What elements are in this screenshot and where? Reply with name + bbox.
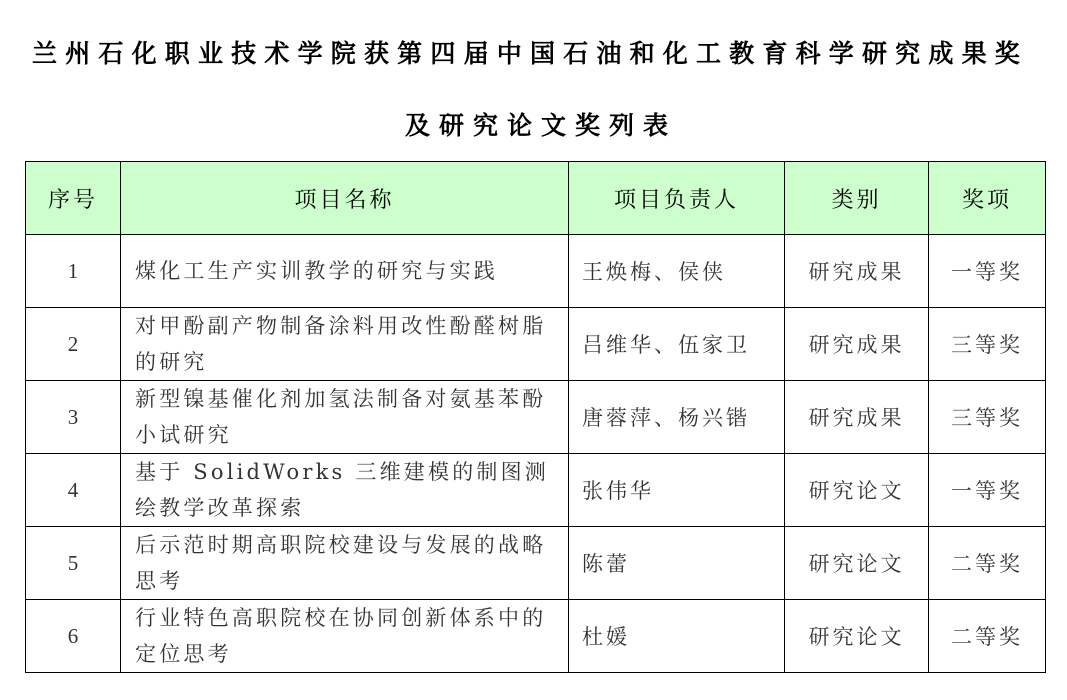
row-number: 4	[26, 454, 121, 527]
row-number: 2	[26, 308, 121, 381]
table-header-row: 序号 项目名称 项目负责人 类别 奖项	[26, 162, 1046, 235]
award: 二等奖	[929, 527, 1046, 600]
project-lead: 王焕梅、侯侠	[569, 235, 785, 308]
award: 三等奖	[929, 381, 1046, 454]
project-name: 煤化工生产实训教学的研究与实践	[121, 235, 569, 308]
category: 研究论文	[785, 600, 929, 673]
award: 一等奖	[929, 235, 1046, 308]
award: 二等奖	[929, 600, 1046, 673]
project-lead: 陈蕾	[569, 527, 785, 600]
category: 研究成果	[785, 381, 929, 454]
project-name: 后示范时期高职院校建设与发展的战略思考	[121, 527, 569, 600]
project-name: 基于 SolidWorks 三维建模的制图测绘教学改革探索	[121, 454, 569, 527]
column-header-project-name: 项目名称	[121, 162, 569, 235]
project-name: 行业特色高职院校在协同创新体系中的定位思考	[121, 600, 569, 673]
award: 一等奖	[929, 454, 1046, 527]
category: 研究成果	[785, 235, 929, 308]
row-number: 1	[26, 235, 121, 308]
category: 研究论文	[785, 454, 929, 527]
project-name: 对甲酚副产物制备涂料用改性酚醛树脂的研究	[121, 308, 569, 381]
category: 研究论文	[785, 527, 929, 600]
table-row: 1 煤化工生产实训教学的研究与实践 王焕梅、侯侠 研究成果 一等奖	[26, 235, 1046, 308]
project-lead: 张伟华	[569, 454, 785, 527]
award: 三等奖	[929, 308, 1046, 381]
row-number: 6	[26, 600, 121, 673]
table-row: 4 基于 SolidWorks 三维建模的制图测绘教学改革探索 张伟华 研究论文…	[26, 454, 1046, 527]
column-header-number: 序号	[26, 162, 121, 235]
document-title-line-2: 及研究论文奖列表	[0, 106, 1067, 142]
column-header-project-lead: 项目负责人	[569, 162, 785, 235]
table-row: 3 新型镍基催化剂加氢法制备对氨基苯酚小试研究 唐蓉萍、杨兴锴 研究成果 三等奖	[26, 381, 1046, 454]
awards-table: 序号 项目名称 项目负责人 类别 奖项 1 煤化工生产实训教学的研究与实践 王焕…	[25, 161, 1046, 673]
project-lead: 唐蓉萍、杨兴锴	[569, 381, 785, 454]
table-row: 6 行业特色高职院校在协同创新体系中的定位思考 杜媛 研究论文 二等奖	[26, 600, 1046, 673]
table-row: 2 对甲酚副产物制备涂料用改性酚醛树脂的研究 吕维华、伍家卫 研究成果 三等奖	[26, 308, 1046, 381]
row-number: 5	[26, 527, 121, 600]
table-row: 5 后示范时期高职院校建设与发展的战略思考 陈蕾 研究论文 二等奖	[26, 527, 1046, 600]
project-lead: 吕维华、伍家卫	[569, 308, 785, 381]
column-header-category: 类别	[785, 162, 929, 235]
project-lead: 杜媛	[569, 600, 785, 673]
row-number: 3	[26, 381, 121, 454]
document-title-line-1: 兰州石化职业技术学院获第四届中国石油和化工教育科学研究成果奖	[20, 34, 1040, 70]
project-name: 新型镍基催化剂加氢法制备对氨基苯酚小试研究	[121, 381, 569, 454]
column-header-award: 奖项	[929, 162, 1046, 235]
category: 研究成果	[785, 308, 929, 381]
